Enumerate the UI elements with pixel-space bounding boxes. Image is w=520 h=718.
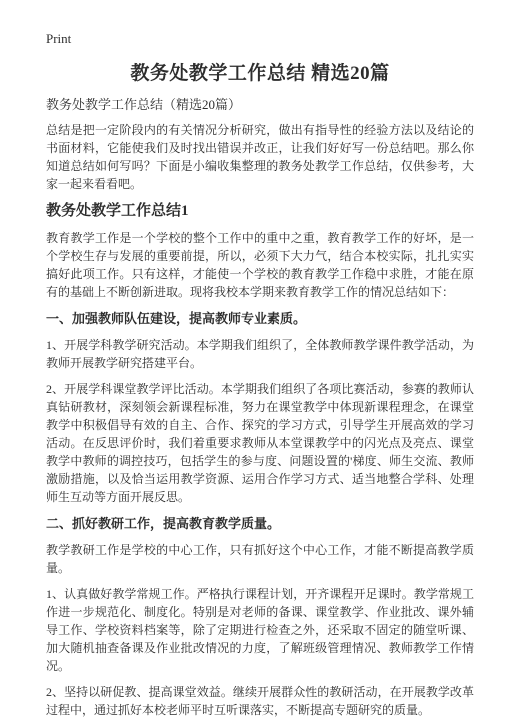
paragraph-research-item-1: 1、认真做好教学常规工作。严格执行课程计划，开齐课程开足课时。教学常规工作进一步… bbox=[46, 585, 474, 675]
paragraph-research-intro: 教学教研工作是学校的中心工作，只有抓好这个中心工作，才能不断提高教学质量。 bbox=[46, 541, 474, 577]
intro-paragraph: 总结是把一定阶段内的有关情况分析研究，做出有指导性的经验方法以及结论的书面材料，… bbox=[46, 121, 474, 193]
paragraph-item-2: 2、开展学科课堂教学评比活动。本学期我们组织了各项比赛活动，参赛的教师认真钻研教… bbox=[46, 380, 474, 506]
paragraph-research-item-2: 2、坚持以研促教、提高课堂效益。继续开展群众性的教研活动，在开展教学改革过程中，… bbox=[46, 683, 474, 718]
print-link[interactable]: Print bbox=[46, 31, 71, 46]
subheading-1-teacher-team: 一、加强教师队伍建设，提高教师专业素质。 bbox=[46, 310, 474, 328]
paragraph-item-1: 1、开展学科教学研究活动。本学期我们组织了，全体教师教学课件教学活动，为教师开展… bbox=[46, 336, 474, 372]
page-title: 教务处教学工作总结 精选20篇 bbox=[46, 61, 474, 86]
subheading-2-teaching-research: 二、抓好教研工作，提高教育教学质量。 bbox=[46, 515, 474, 533]
document-subtitle: 教务处教学工作总结（精选20篇） bbox=[46, 96, 474, 113]
section-heading-summary-1: 教务处教学工作总结1 bbox=[46, 202, 474, 221]
paragraph-overview: 教育教学工作是一个学校的整个工作中的重中之重，教育教学工作的好坏，是一个学校生存… bbox=[46, 229, 474, 301]
document-page: Print 教务处教学工作总结 精选20篇 教务处教学工作总结（精选20篇） 总… bbox=[0, 0, 520, 718]
